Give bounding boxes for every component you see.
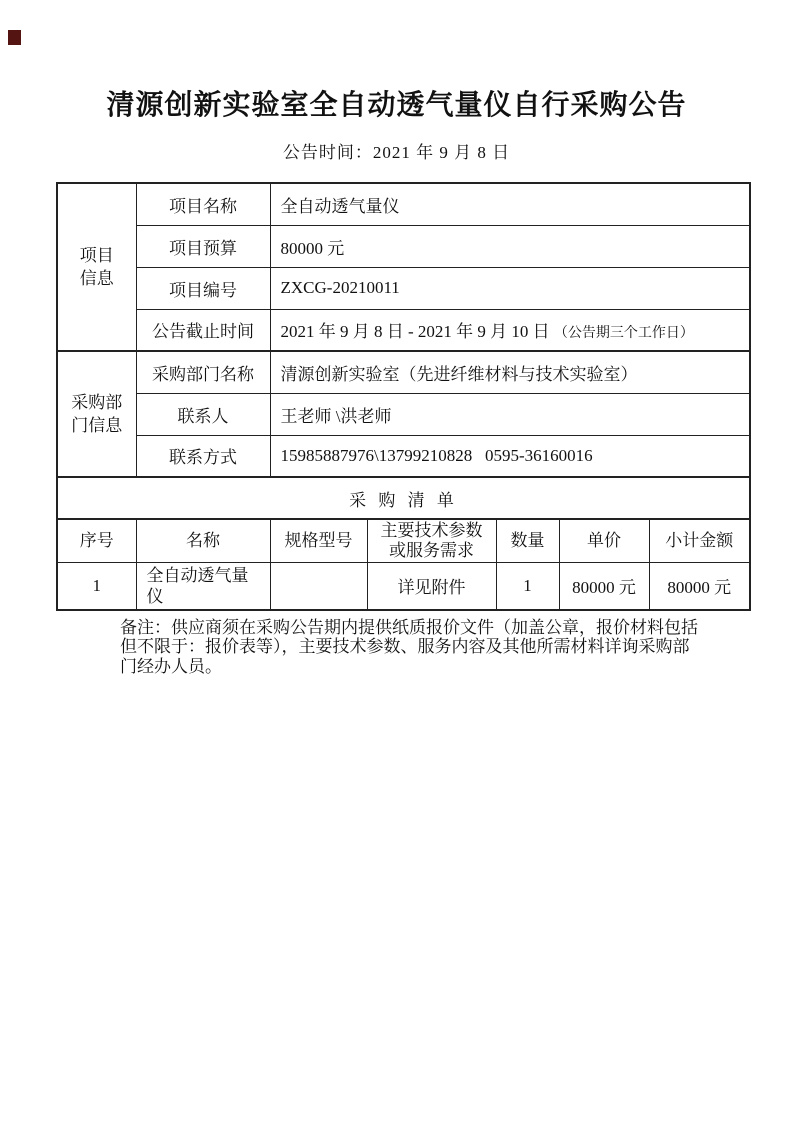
list-item-row: 1 全自动透气量仪 详见附件 1 80000 元 80000 元 (57, 562, 750, 610)
table-row-project-name: 项目 信息 项目名称 全自动透气量仪 (57, 183, 750, 225)
field-value-contact-info: 15985887976\13799210828 0595-36160016 (270, 435, 750, 477)
table-row-project-number: 项目编号 ZXCG-20210011 (57, 267, 750, 309)
table-row-contact-info: 联系方式 15985887976\13799210828 0595-361600… (57, 435, 750, 477)
group-label-line: 采购部 (71, 393, 122, 412)
table-row-contact-person: 联系人 王老师 \洪老师 (57, 393, 750, 435)
table-row-deadline: 公告截止时间 2021 年 9 月 8 日 - 2021 年 9 月 10 日 … (57, 309, 750, 351)
header-cell-tech-params: 主要技术参数 或服务需求 (367, 519, 496, 562)
field-value-project-name: 全自动透气量仪 (270, 183, 750, 225)
field-value-deadline: 2021 年 9 月 8 日 - 2021 年 9 月 10 日 （公告期三个工… (270, 309, 750, 351)
header-tech-params-line: 主要技术参数 (381, 521, 483, 540)
field-label-deadline: 公告截止时间 (136, 309, 270, 351)
field-label-project-name: 项目名称 (136, 183, 270, 225)
field-label-project-number: 项目编号 (136, 267, 270, 309)
item-cell-unit-price: 80000 元 (559, 562, 649, 610)
page-title: 清源创新实验室全自动透气量仪自行采购公告 (0, 0, 793, 124)
field-label-project-budget: 项目预算 (136, 225, 270, 267)
group-label-line: 项目 (80, 246, 114, 265)
field-label-department-name: 采购部门名称 (136, 351, 270, 393)
item-cell-index: 1 (57, 562, 136, 610)
field-label-contact-person: 联系人 (136, 393, 270, 435)
header-cell-spec: 规格型号 (270, 519, 367, 562)
item-cell-quantity: 1 (496, 562, 559, 610)
procurement-table: 项目 信息 项目名称 全自动透气量仪 项目预算 80000 元 项目编号 ZXC… (56, 182, 751, 611)
field-value-project-budget: 80000 元 (270, 225, 750, 267)
item-cell-subtotal: 80000 元 (649, 562, 750, 610)
header-tech-params-line: 或服务需求 (389, 541, 474, 560)
table-row-department-name: 采购部 门信息 采购部门名称 清源创新实验室（先进纤维材料与技术实验室） (57, 351, 750, 393)
item-cell-name: 全自动透气量仪 (136, 562, 270, 610)
field-label-contact-info: 联系方式 (136, 435, 270, 477)
header-cell-name: 名称 (136, 519, 270, 562)
list-header-row: 序号 名称 规格型号 主要技术参数 或服务需求 数量 单价 小计金额 (57, 519, 750, 562)
header-cell-subtotal: 小计金额 (649, 519, 750, 562)
group-cell-project-info: 项目 信息 (57, 183, 136, 351)
deadline-dates: 2021 年 9 月 8 日 - 2021 年 9 月 10 日 (281, 322, 554, 341)
corner-mark (8, 30, 21, 45)
list-title: 采 购 清 单 (57, 477, 750, 519)
item-cell-spec (270, 562, 367, 610)
field-value-project-number: ZXCG-20210011 (270, 267, 750, 309)
item-cell-tech-params: 详见附件 (367, 562, 496, 610)
table-row-list-title: 采 购 清 单 (57, 477, 750, 519)
table-row-project-budget: 项目预算 80000 元 (57, 225, 750, 267)
group-cell-department-info: 采购部 门信息 (57, 351, 136, 477)
remarks-note: 备注：供应商须在采购公告期内提供纸质报价文件（加盖公章，报价材料包括但不限于：报… (120, 618, 706, 677)
field-value-department-name: 清源创新实验室（先进纤维材料与技术实验室） (270, 351, 750, 393)
announce-time: 公告时间：2021 年 9 月 8 日 (0, 141, 793, 165)
group-label-line: 信息 (80, 269, 114, 288)
header-cell-quantity: 数量 (496, 519, 559, 562)
field-value-contact-person: 王老师 \洪老师 (270, 393, 750, 435)
deadline-period-note: （公告期三个工作日） (554, 326, 694, 341)
header-cell-unit-price: 单价 (559, 519, 649, 562)
group-label-line: 门信息 (71, 416, 122, 435)
header-cell-index: 序号 (57, 519, 136, 562)
